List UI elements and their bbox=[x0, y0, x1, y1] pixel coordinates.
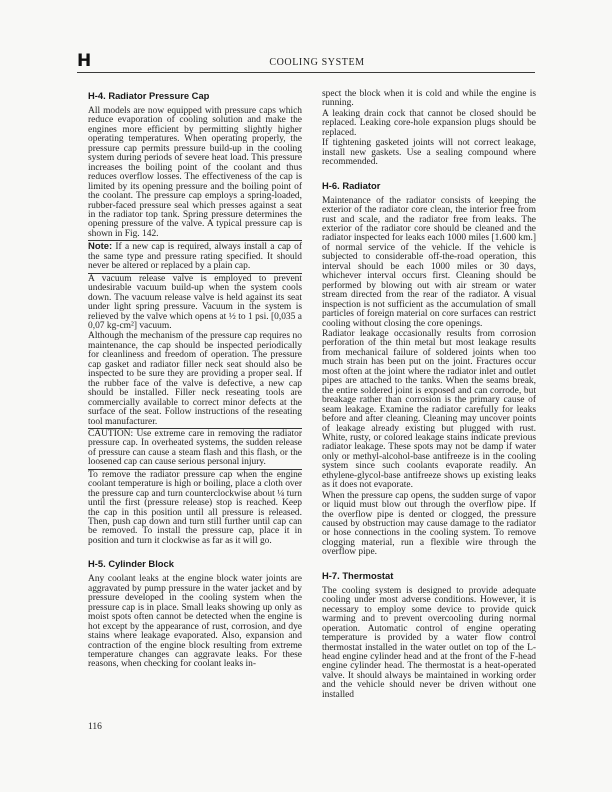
paragraph: The cooling system is designed to provid… bbox=[322, 587, 536, 700]
paragraph: Although the mechanism of the pressure c… bbox=[88, 332, 302, 427]
caution-block: CAUTION: Use extreme care in removing th… bbox=[88, 428, 302, 470]
paragraph: Maintenance of the radiator consists of … bbox=[322, 197, 536, 329]
note-label: Note: bbox=[88, 241, 112, 252]
page-header: H COOLING SYSTEM bbox=[77, 52, 535, 73]
paragraph: spect the block when it is cold and whil… bbox=[322, 90, 536, 109]
manual-page: H COOLING SYSTEM H-4. Radiator Pressure … bbox=[0, 0, 612, 792]
heading-h6-radiator: H-6. Radiator bbox=[322, 180, 536, 191]
paragraph: All models are now equipped with pressur… bbox=[88, 107, 302, 239]
page-number: 116 bbox=[88, 722, 102, 732]
paragraph: To remove the radiator pressure cap when… bbox=[88, 471, 302, 547]
heading-h7-thermostat: H-7. Thermostat bbox=[322, 570, 536, 581]
paragraph: When the pressure cap opens, the sudden … bbox=[322, 492, 536, 558]
paragraph: A leaking drain cock that cannot be clos… bbox=[322, 110, 536, 138]
heading-h4-radiator-pressure-cap: H-4. Radiator Pressure Cap bbox=[88, 90, 302, 101]
left-column: H-4. Radiator Pressure Cap All models ar… bbox=[88, 90, 302, 670]
section-gap bbox=[322, 168, 536, 180]
heading-h5-cylinder-block: H-5. Cylinder Block bbox=[88, 558, 302, 569]
section-gap bbox=[88, 546, 302, 558]
note-text: If a new cap is required, always install… bbox=[88, 242, 302, 271]
paragraph: Any coolant leaks at the engine block wa… bbox=[88, 575, 302, 670]
right-column: spect the block when it is cold and whil… bbox=[322, 90, 536, 700]
section-gap bbox=[322, 558, 536, 570]
paragraph: If tightening gasketed joints will not c… bbox=[322, 139, 536, 167]
paragraph: Radiator leakage occasionally results fr… bbox=[322, 330, 536, 491]
paragraph: A vacuum release valve is employed to pr… bbox=[88, 275, 302, 332]
chapter-title: COOLING SYSTEM bbox=[217, 57, 417, 68]
note-block: Note: If a new cap is required, always i… bbox=[88, 240, 302, 273]
section-letter: H bbox=[77, 52, 91, 70]
